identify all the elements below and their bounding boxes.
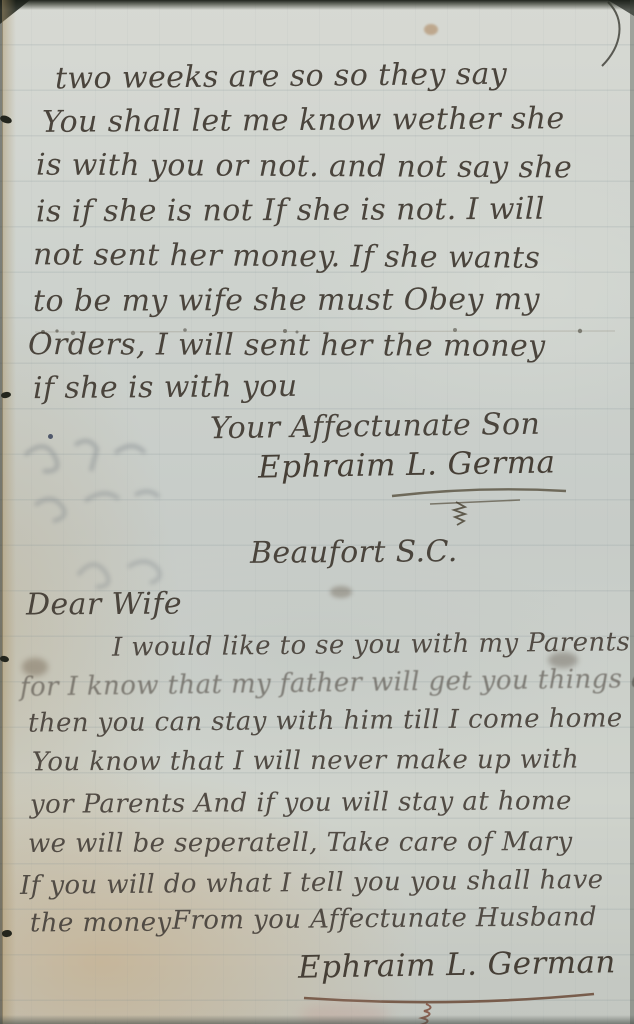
paper-top-edge <box>0 0 634 10</box>
letter-line: I would like to se you with my Parents <box>112 629 630 660</box>
letter-line: then you can stay with him till I come h… <box>28 705 623 736</box>
letter-line: not sent her money. If she wants <box>33 240 540 274</box>
letter-line: You shall let me know wether she <box>42 104 565 138</box>
letter-line: if she is with you <box>33 372 298 404</box>
location-heading: Beaufort S.C. <box>250 537 458 569</box>
letter-line: we will be seperatell, Take care of Mary <box>28 829 573 857</box>
brown-stain <box>424 24 438 35</box>
letter-line: is with you or not. and not say she <box>36 151 572 184</box>
letter-line: You know that I will never make up with <box>32 747 579 776</box>
ghost-bleedthrough-writing <box>70 545 190 595</box>
signature: Ephraim L. German <box>298 947 616 984</box>
letter-line: yor Parents And if you will stay at home <box>30 788 572 818</box>
closing-line: Your Affectunate Son <box>210 410 541 445</box>
letter-line: the money <box>30 910 172 937</box>
letter-photo: two weeks are so so they say You shall l… <box>0 0 634 1024</box>
closing-line: From you Affectunate Husband <box>172 904 597 934</box>
crease-ink-dots <box>35 322 615 342</box>
paper-left-edge-fold <box>2 0 16 1024</box>
letter-line: is if she is not If she is not. I will <box>36 195 545 228</box>
signature: Ephraim L. Germa <box>258 447 556 483</box>
paper-right-edge <box>630 0 634 1024</box>
letter-line: for I know that my father will get you t… <box>20 665 634 700</box>
letter-line: to be my wife she must Obey my <box>33 285 540 317</box>
letter-line: If you will do what I tell you you shall… <box>20 867 604 899</box>
signature-underline-flourish <box>390 482 570 532</box>
letter-line: two weeks are so so they say <box>55 60 507 95</box>
ghost-bleedthrough-writing <box>15 425 195 555</box>
smudge <box>330 586 352 598</box>
paper-bottom-edge <box>0 1015 634 1024</box>
